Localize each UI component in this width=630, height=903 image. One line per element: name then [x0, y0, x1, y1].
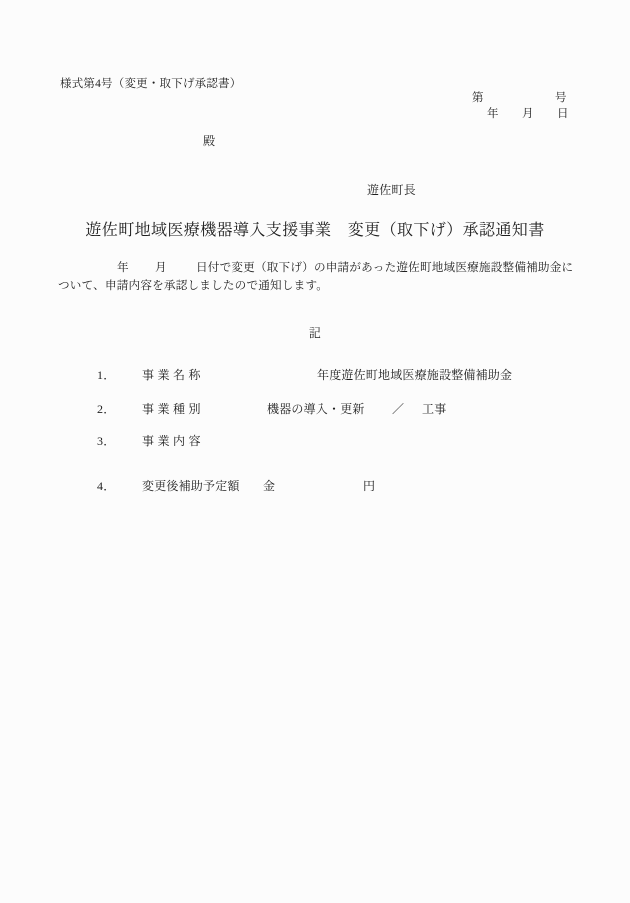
item4-number: 4．: [97, 480, 115, 492]
item2-option-left: 機器の導入・更新: [267, 403, 365, 415]
item1-value: 年度遊佐町地域医療施設整備補助金: [317, 369, 512, 381]
item2-option-separator: ／: [392, 403, 404, 415]
item4-label: 変更後補助予定額: [142, 480, 240, 492]
body-date-month: 月: [155, 262, 167, 274]
document-title: 遊佐町地域医療機器導入支援事業 変更（取下げ）承認通知書: [0, 223, 630, 239]
item1-label: 事業名称: [142, 369, 204, 381]
item2-label: 事業種別: [142, 403, 204, 415]
body-date-year: 年: [117, 262, 129, 274]
item2-number: 2．: [97, 403, 115, 415]
item3-number: 3．: [97, 435, 115, 447]
item1-number: 1．: [97, 369, 115, 381]
doc-number-suffix: 号: [555, 93, 567, 105]
doc-number-prefix: 第: [472, 93, 484, 105]
date-month-label: 月: [522, 109, 534, 121]
sender-title: 遊佐町長: [367, 184, 416, 196]
item3-label: 事業内容: [142, 435, 204, 447]
list-heading: 記: [0, 327, 630, 339]
body-line1-text: 日付で変更（取下げ）の申請があった遊佐町地域医療施設整備補助金に: [196, 262, 573, 274]
item2-option-right: 工事: [422, 403, 446, 415]
body-line2-text: ついて、申請内容を承認しましたので通知します。: [58, 280, 328, 292]
recipient-honorific: 殿: [203, 135, 215, 147]
date-year-label: 年: [487, 109, 499, 121]
item4-currency-prefix: 金: [263, 480, 275, 492]
form-number-label: 様式第4号（変更・取下げ承認書）: [60, 79, 241, 91]
document-page: 様式第4号（変更・取下げ承認書） 第 号 年 月 日 殿 遊佐町長 遊佐町地域医…: [0, 0, 630, 903]
date-day-label: 日: [557, 109, 569, 121]
item4-currency-suffix: 円: [363, 480, 375, 492]
